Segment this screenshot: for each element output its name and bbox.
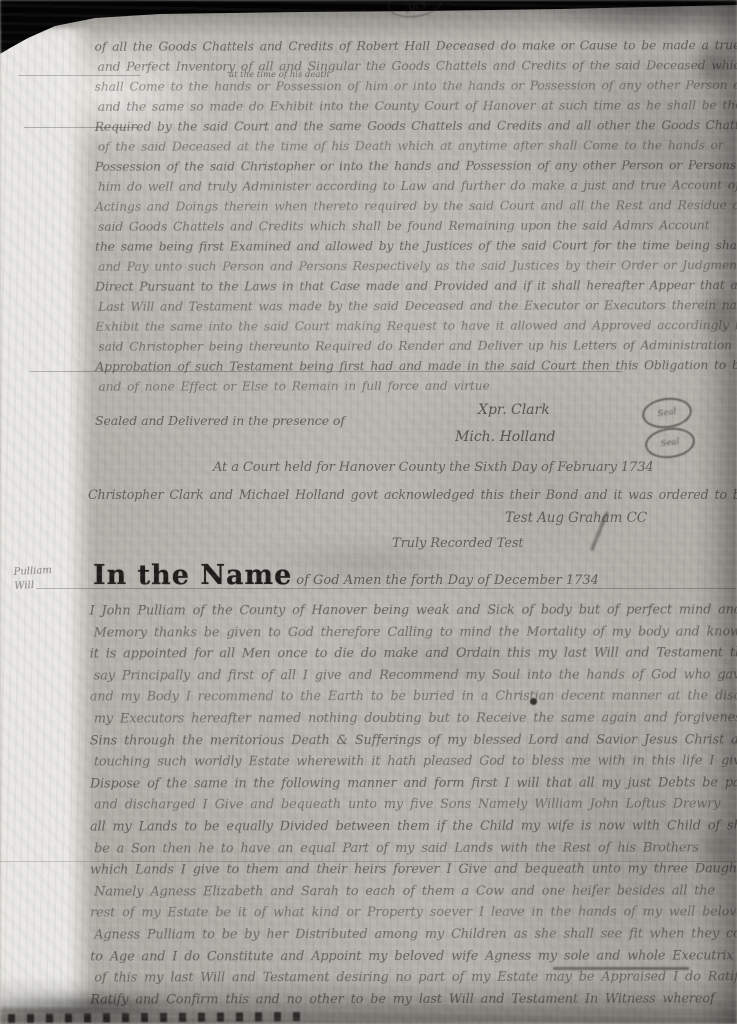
bond-line: Exhibit the same into the said Court mak… xyxy=(95,315,709,337)
bond-line: and Perfect Inventory of all and Singula… xyxy=(98,55,709,77)
bond-line: Direct Pursuant to the Laws in that Case… xyxy=(95,275,709,297)
bond-line: Actings and Doings therein when thereto … xyxy=(95,195,709,217)
will-heading: In the Nameof God Amen the forth Day of … xyxy=(93,560,599,591)
bond-line: shall Come to the hands or Possession of… xyxy=(95,75,709,97)
interlined-insertion: at the time of his death xyxy=(229,70,329,80)
will-line: I John Pulliam of the County of Hanover … xyxy=(90,599,710,622)
seal-label: Seal xyxy=(657,407,677,419)
wax-seal-icon: Seal xyxy=(643,425,696,461)
will-line: and discharged I Give and bequeath unto … xyxy=(94,794,710,817)
wax-seal-icon: Seal xyxy=(640,395,693,431)
document-page: of all the Goods Chattels and Credits of… xyxy=(0,0,737,1024)
margin-note: Pulliam Will xyxy=(13,564,53,594)
administration-bond-paragraph: of all the Goods Chattels and Credits of… xyxy=(95,35,710,397)
court-session-line: At a Court held for Hanover County the S… xyxy=(213,460,654,475)
acknowledgement-line: Christopher Clark and Michael Holland go… xyxy=(88,487,737,502)
scan-edge-shadow xyxy=(695,0,737,1024)
bond-line: said Christopher being thereunto Require… xyxy=(98,335,709,357)
bond-line: and Pay unto such Person and Persons Res… xyxy=(98,255,709,277)
margin-note-name: Pulliam xyxy=(13,564,52,580)
will-line: all my Lands to be equally Divided betwe… xyxy=(90,815,710,838)
signature-michael-holland: Mich. Holland xyxy=(455,429,556,445)
bond-line: the same being first Examined and allowe… xyxy=(95,235,709,257)
page-number: 363 xyxy=(404,0,427,15)
will-line: Dispose of the same in the following man… xyxy=(90,772,710,795)
will-paragraph: I John Pulliam of the County of Hanover … xyxy=(90,599,711,1010)
ink-smudge xyxy=(553,967,689,970)
blackletter-heading: In the Name xyxy=(93,560,292,591)
will-line: Agness Pulliam to be by her Distributed … xyxy=(94,923,710,946)
bond-line: him do well and truly Administer accordi… xyxy=(98,175,709,197)
scan-scratch-line xyxy=(18,75,140,76)
will-line: touching such worldly Estate wherewith i… xyxy=(94,751,710,774)
will-line: Memory thanks be given to God therefore … xyxy=(94,621,710,644)
bond-line: Possession of the said Christopher or in… xyxy=(95,155,709,177)
bond-line: and the same so made do Exhibit into the… xyxy=(98,95,709,117)
signature-christopher-clark: Xpr. Clark xyxy=(478,402,550,418)
bond-line: Required by the said Court and the same … xyxy=(95,115,709,137)
will-line: my Executors hereafter named nothing dou… xyxy=(94,707,710,730)
margin-note-type: Will xyxy=(14,578,53,594)
bond-line: of the said Deceased at the time of his … xyxy=(98,135,709,157)
scan-scratch-line xyxy=(0,861,737,862)
will-line: Namely Agness Elizabeth and Sarah to eac… xyxy=(94,880,710,903)
will-line: Sins through the meritorious Death & Suf… xyxy=(90,729,710,752)
bond-line: and of none Effect or Else to Remain in … xyxy=(98,375,709,397)
scan-scratch-line xyxy=(30,371,622,372)
will-line: say Principally and first of all I give … xyxy=(94,664,710,687)
scan-scratch-line xyxy=(24,127,138,128)
will-line: to Age and I do Constitute and Appoint m… xyxy=(90,945,710,968)
will-line: be a Son then he to have an equal Part o… xyxy=(94,837,710,860)
scan-scratch-line xyxy=(36,588,736,589)
heading-continuation: of God Amen the forth Day of December 17… xyxy=(296,573,599,588)
seal-label: Seal xyxy=(660,437,680,449)
sealed-delivered-line: Sealed and Delivered in the presence of xyxy=(95,413,345,428)
will-line: rest of my Estate be it of what kind or … xyxy=(90,902,710,925)
recorded-note: Truly Recorded Test xyxy=(392,536,524,551)
will-line: it is appointed for all Men once to die … xyxy=(90,643,710,666)
bond-line: said Goods Chattels and Credits which sh… xyxy=(98,215,709,237)
clerk-attestation: Test Aug Graham CC xyxy=(505,510,647,526)
bond-line: Approbation of such Testament being firs… xyxy=(95,355,709,377)
will-line: and my Body I recommend to the Earth to … xyxy=(90,686,710,709)
bond-line: Last Will and Testament was made by the … xyxy=(98,295,709,317)
